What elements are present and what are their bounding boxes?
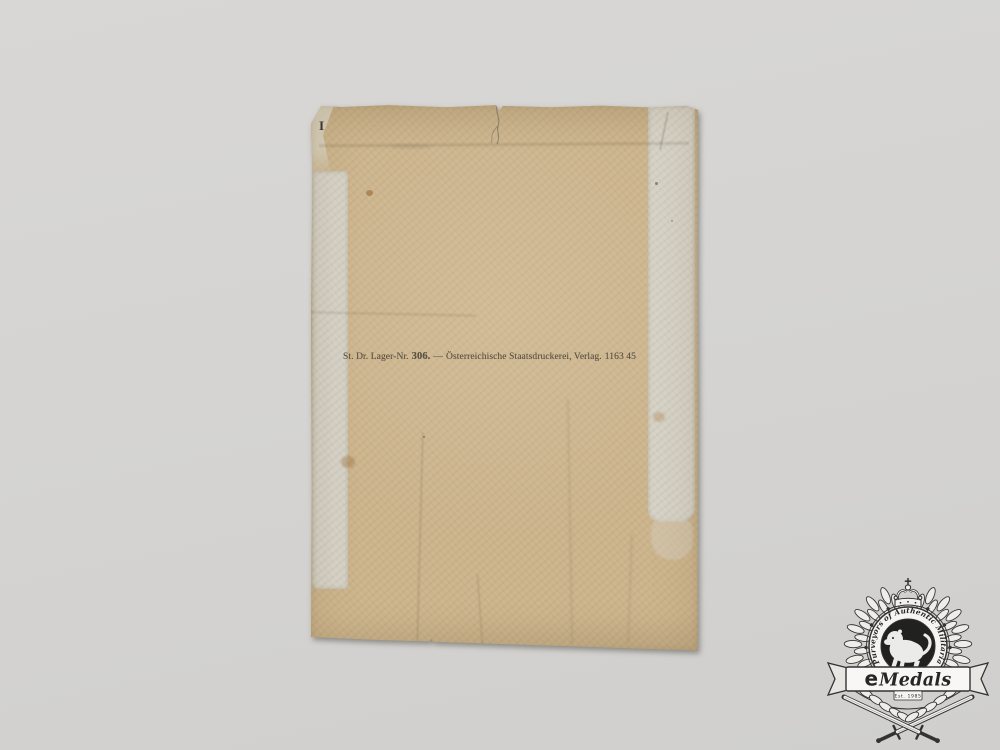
brand-rest: Medals (878, 671, 951, 691)
imprint-prefix: St. Dr. Lager-Nr. (343, 352, 409, 362)
lion-medallion (881, 619, 935, 673)
photo-backdrop: I St. Dr. Lager-Nr.306.—Österreichische … (0, 0, 1000, 750)
stain-spot (391, 144, 431, 149)
established-text: Est. 1985 (894, 694, 921, 700)
crease-line (567, 399, 573, 644)
imprint-number: 306. (412, 351, 431, 362)
imprint-publisher: Österreichische Staatsdruckerei, Verlag. (446, 352, 602, 362)
brand-e: e (865, 667, 879, 691)
stain-spot (366, 190, 373, 196)
emedals-watermark-logo: Purveyors of Authentic Militaria (820, 560, 996, 750)
ribbon-banner: eMedals (828, 663, 988, 695)
imprint-separator: — (433, 352, 443, 362)
crown-icon (894, 578, 922, 607)
paper-vignette (311, 104, 698, 651)
imprint-line: St. Dr. Lager-Nr.306.—Österreichische St… (343, 351, 673, 362)
tape-strip-left (312, 171, 348, 589)
crease-line (476, 574, 483, 646)
established-plaque: Est. 1985 (894, 691, 922, 700)
torn-corner-patch (311, 104, 341, 172)
imprint-code: 1163 45 (605, 352, 636, 362)
crease-line (416, 432, 424, 647)
document-photo: I St. Dr. Lager-Nr.306.—Österreichische … (311, 104, 698, 651)
stain-spot (423, 436, 425, 438)
crease-line (627, 534, 633, 644)
tape-strip-right (648, 105, 695, 522)
paper-crack (487, 104, 513, 156)
page-mark: I (319, 118, 324, 134)
document: I St. Dr. Lager-Nr.306.—Österreichische … (311, 104, 698, 651)
brand-text: eMedals (865, 667, 952, 691)
tape-residue (651, 518, 693, 560)
